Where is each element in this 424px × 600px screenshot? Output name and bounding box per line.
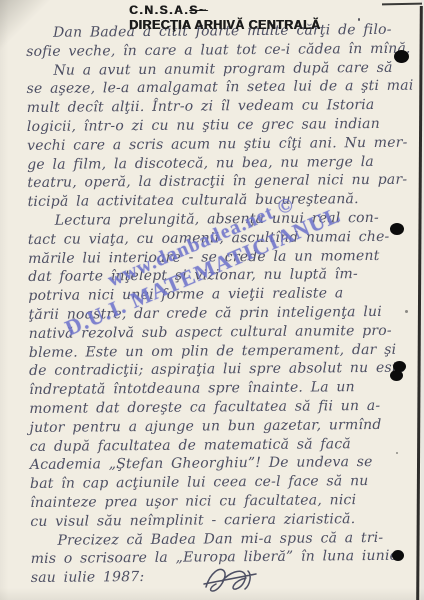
scan-edge-top [382, 3, 422, 6]
handwritten-line: teatru, operă, la distracţii în general … [27, 171, 419, 193]
handwritten-line: jutor pentru a ajunge un bun gazetar, ur… [29, 415, 421, 437]
department-title: DIRECŢIA ARHIVĂ CENTRALĂ [129, 18, 320, 32]
handwritten-line: bat în cap acţiunile lui ceea ce-l face … [30, 472, 422, 494]
handwriting-block: Dan Badea a citit foarte multe cărţi de … [26, 21, 423, 588]
org-title-main: C.N.S.A. [129, 3, 189, 17]
org-title: C.N.S.A.S~ [129, 3, 320, 17]
scan-speck [396, 452, 398, 454]
signature-scribble [198, 563, 264, 595]
scanned-page: C.N.S.A.S~ DIRECŢIA ARHIVĂ CENTRALĂ Dan … [0, 0, 424, 600]
binding-hole-1 [394, 50, 409, 63]
binding-hole-4 [392, 550, 404, 561]
scan-speck [358, 18, 360, 21]
binding-hole-3 [393, 361, 406, 372]
org-title-struck: S~ [189, 3, 207, 17]
handwritten-line: mările lui interioare - se crede la un m… [28, 246, 420, 268]
scan-speck [405, 310, 408, 313]
page-header: C.N.S.A.S~ DIRECŢIA ARHIVĂ CENTRALĂ [129, 3, 320, 32]
binding-hole-2 [390, 223, 404, 235]
handwritten-line: de contradicţii; aspiraţia lui spre abso… [29, 359, 421, 381]
